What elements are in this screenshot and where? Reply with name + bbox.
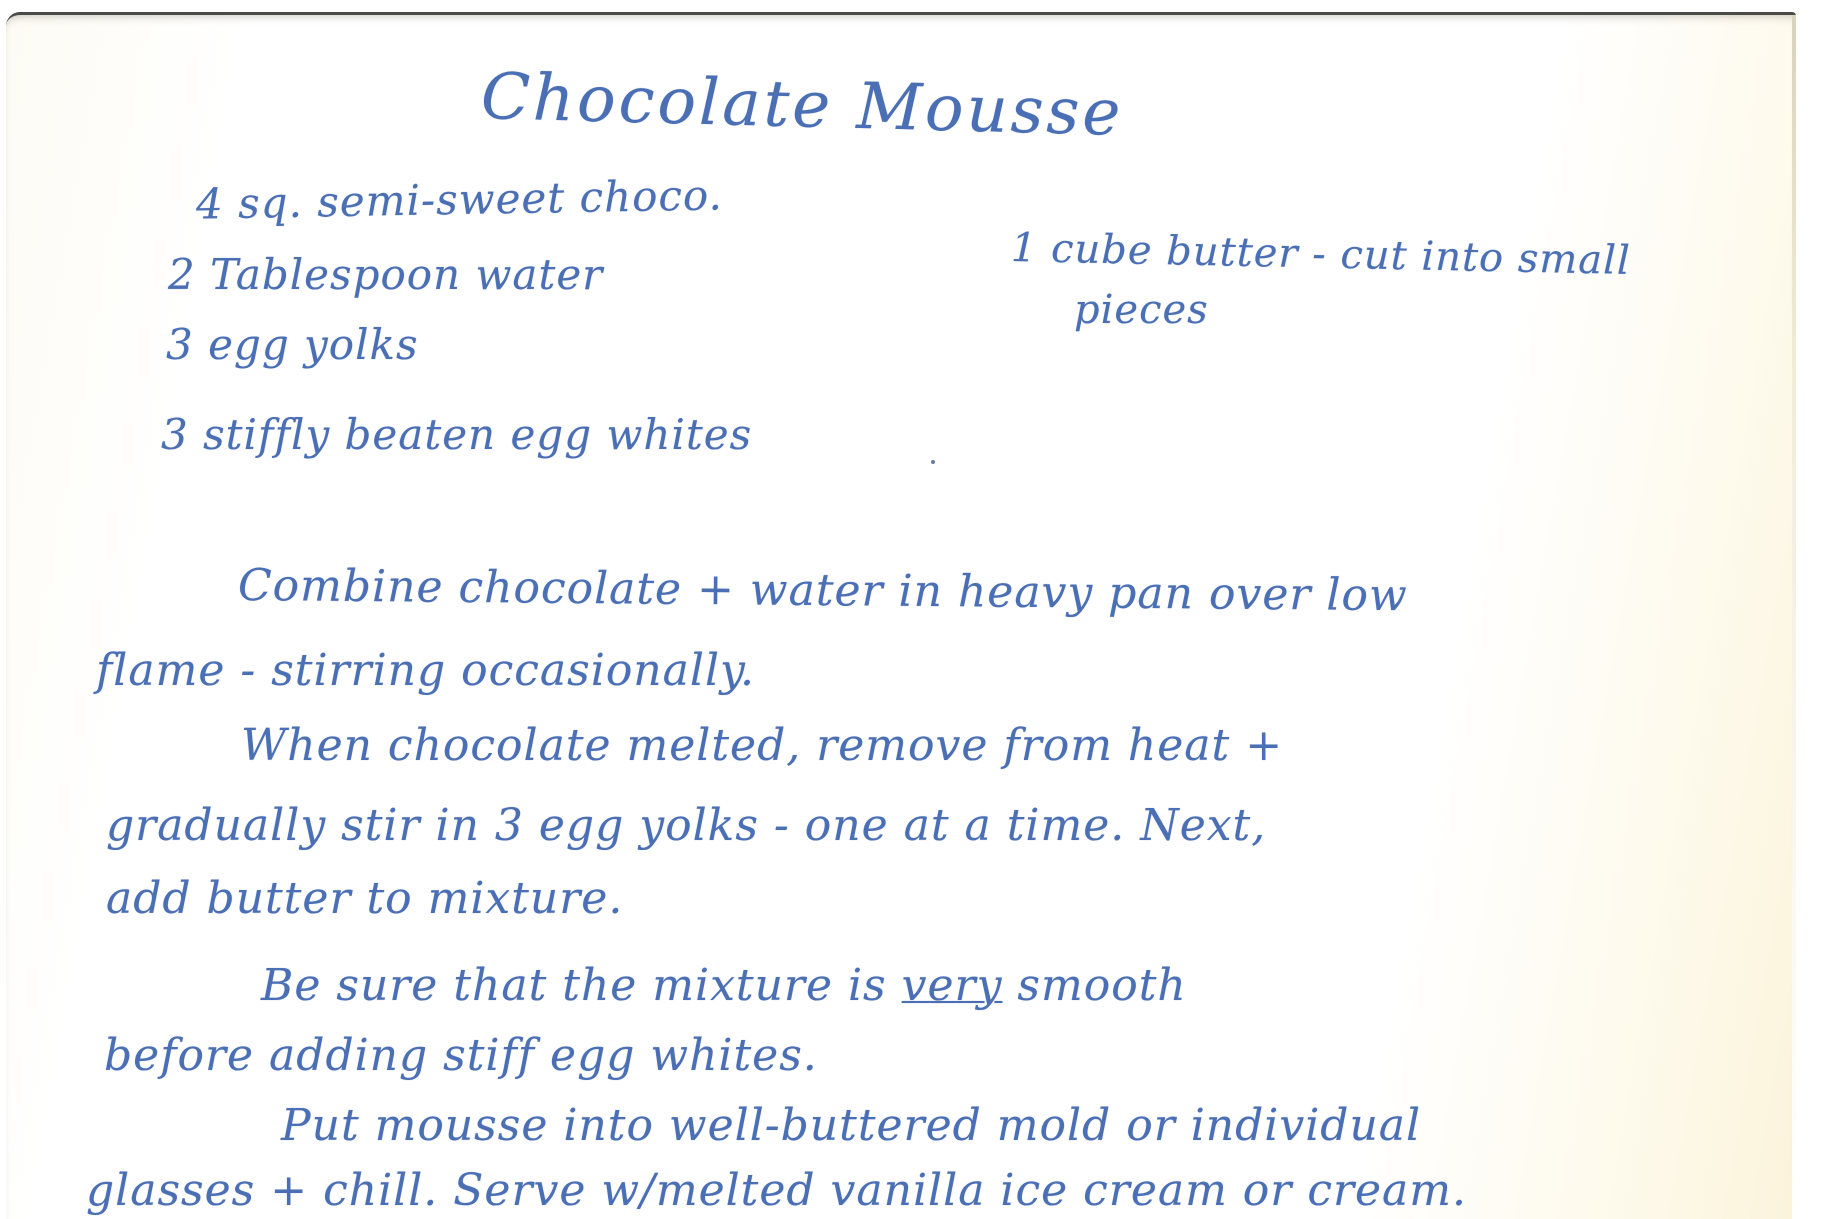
direction-line: gradually stir in 3 egg yolks - one at a… [106, 800, 1266, 851]
card-edge [1792, 15, 1796, 1216]
direction-text: Be sure that the mixture is [261, 960, 902, 1011]
direction-text: smooth [1002, 960, 1186, 1011]
recipe-title: Chocolate Mousse [480, 60, 1124, 151]
recipe-card: Chocolate Mousse 4 sq. semi-sweet choco.… [6, 12, 1796, 1216]
direction-line: Be sure that the mixture is very smooth [261, 960, 1187, 1011]
ingredient-egg-yolks: 3 egg yolks [166, 320, 419, 369]
ingredient-water: 2 Tablespoon water [168, 250, 603, 299]
ink-dot [931, 460, 935, 464]
ingredient-chocolate: 4 sq. semi-sweet choco. [196, 170, 724, 228]
direction-line: Combine chocolate + water in heavy pan o… [238, 560, 1408, 621]
emphasized-word: very [902, 960, 1003, 1011]
ingredient-butter: 1 cube butter - cut into small [1011, 225, 1632, 284]
ingredient-egg-whites: 3 stiffly beaten egg whites [161, 410, 752, 459]
direction-line: flame - stirring occasionally. [96, 645, 755, 696]
direction-line: before adding stiff egg whites. [104, 1030, 818, 1081]
direction-line: add butter to mixture. [106, 873, 623, 924]
direction-line: When chocolate melted, remove from heat … [241, 720, 1283, 771]
direction-line: Put mousse into well-buttered mold or in… [281, 1100, 1421, 1151]
direction-line: glasses + chill. Serve w/melted vanilla … [86, 1165, 1467, 1216]
ingredient-butter-continued: pieces [1074, 287, 1209, 333]
